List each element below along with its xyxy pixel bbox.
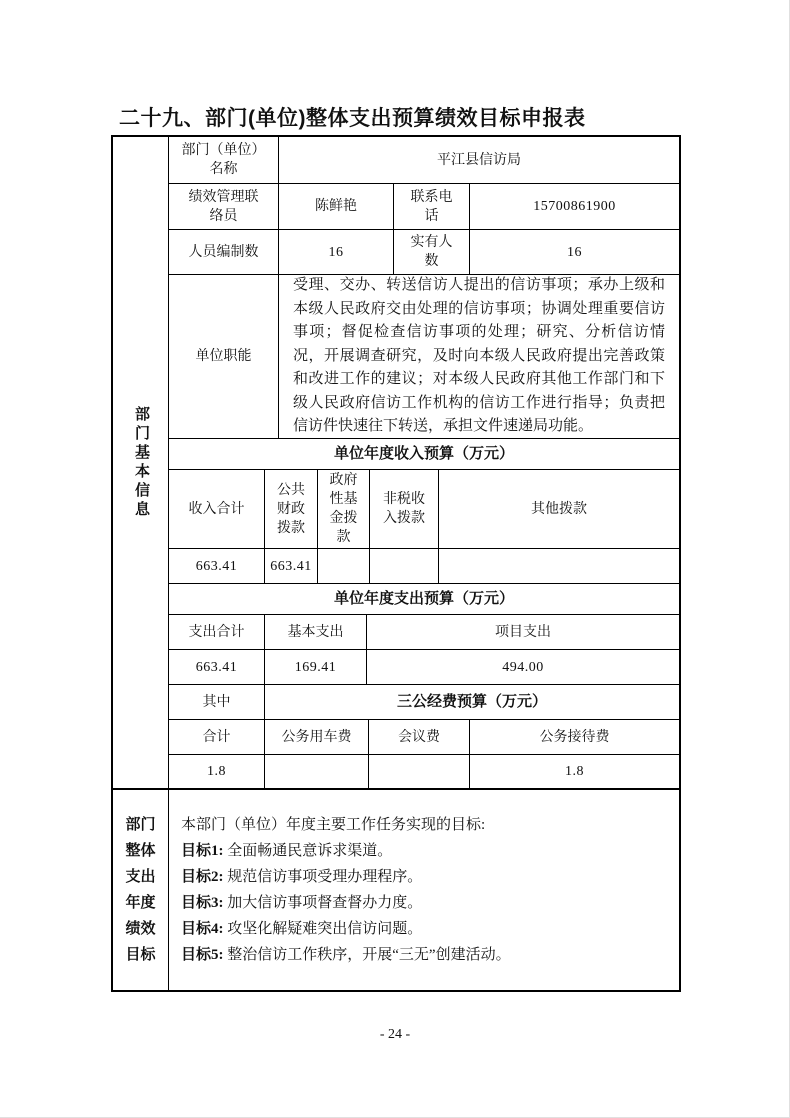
goal-1-label: 目标1: [181,843,224,859]
three-public-col-meeting: 会议费 [369,720,470,754]
goal-item-2: 目标2: 规范信访事项受理办理程序。 [181,864,669,890]
income-total-value: 663.41 [169,549,265,583]
row-income-values: 663.41 663.41 [169,549,679,584]
three-public-col-vehicle: 公务用车费 [265,720,369,754]
income-col-nontax: 非税收 入拨款 [370,470,439,548]
income-gov-fund-value [318,549,370,583]
goals-side-line: 目标 [125,942,155,968]
goals-side-line: 年度 [125,890,155,916]
goal-2-text: 规范信访事项受理办理程序。 [227,869,422,885]
income-col-gov-fund: 政府 性基 金拨 款 [318,470,370,548]
goal-item-3: 目标3: 加大信访事项督查督办力度。 [181,890,669,916]
goal-5-text: 整治信访工作秩序，开展“三无”创建活动。 [227,947,510,963]
income-col-other: 其他拨款 [439,470,679,548]
document-page: 二十九、部门(单位)整体支出预算绩效目标申报表 部门基本信息 部门（单位） 名称… [0,0,790,1118]
three-public-meeting-value [369,755,470,788]
three-public-vehicle-value [265,755,369,788]
goal-3-label: 目标3: [181,895,224,911]
row-staffing: 人员编制数 16 实有人 数 16 [169,230,679,275]
row-dept-name: 部门（单位） 名称 平江县信访局 [169,137,679,184]
three-public-col-reception: 公务接待费 [470,720,679,754]
expense-col-total: 支出合计 [169,615,265,649]
goal-3-text: 加大信访事项督查督办力度。 [227,895,422,911]
row-income-header: 单位年度收入预算（万元） [169,439,679,470]
function-text: 受理、交办、转送信访人提出的信访事项；承办上级和本级人民政府交由处理的信访事项；… [284,275,674,438]
goal-item-1: 目标1: 全面畅通民意诉求渠道。 [181,838,669,864]
basic-info-side-label: 部门基本信息 [133,406,148,520]
function-label: 单位职能 [169,275,279,438]
staffing-value: 16 [279,230,394,274]
three-public-reception-value: 1.8 [470,755,679,788]
goals-side-label: 部门 整体 支出 年度 绩效 目标 [125,812,155,968]
row-liaison: 绩效管理联 络员 陈鲜艳 联系电 话 15700861900 [169,184,679,230]
dept-name-label: 部门（单位） 名称 [169,137,279,183]
income-public-finance-value: 663.41 [265,549,318,583]
phone-label: 联系电 话 [394,184,470,229]
expense-header: 单位年度支出预算（万元） [169,584,679,614]
goals-side-line: 支出 [125,864,155,890]
income-nontax-value [370,549,439,583]
row-expense-header: 单位年度支出预算（万元） [169,584,679,615]
dept-name-value: 平江县信访局 [279,137,679,183]
goal-5-label: 目标5: [181,947,224,963]
expense-col-basic: 基本支出 [265,615,367,649]
three-public-col-total: 合计 [169,720,265,754]
section-annual-goals: 部门 整体 支出 年度 绩效 目标 本部门（单位）年度主要工作任务实现的目标: … [113,790,679,990]
expense-total-value: 663.41 [169,650,265,684]
three-public-header: 三公经费预算（万元） [265,685,679,719]
goals-side-line: 整体 [125,838,155,864]
row-income-columns: 收入合计 公共 财政 拨款 政府 性基 金拨 款 非税收 入拨款 其他拨款 [169,470,679,549]
expense-col-project: 项目支出 [367,615,679,649]
goals-content: 本部门（单位）年度主要工作任务实现的目标: 目标1: 全面畅通民意诉求渠道。 目… [169,790,679,990]
declaration-form-table: 部门基本信息 部门（单位） 名称 平江县信访局 绩效管理联 络员 陈鲜艳 联系电… [111,135,681,992]
goals-side-line: 部门 [125,812,155,838]
goal-2-label: 目标2: [181,869,224,885]
goal-1-text: 全面畅通民意诉求渠道。 [227,843,392,859]
income-other-value [439,549,679,583]
expense-project-value: 494.00 [367,650,679,684]
row-expense-columns: 支出合计 基本支出 项目支出 [169,615,679,650]
page-title: 二十九、部门(单位)整体支出预算绩效目标申报表 [119,102,586,132]
income-col-public-finance: 公共 财政 拨款 [265,470,318,548]
goal-item-5: 目标5: 整治信访工作秩序，开展“三无”创建活动。 [181,942,669,968]
section-basic-info: 部门基本信息 部门（单位） 名称 平江县信访局 绩效管理联 络员 陈鲜艳 联系电… [113,137,679,790]
goals-side-line: 绩效 [125,916,155,942]
basic-info-content: 部门（单位） 名称 平江县信访局 绩效管理联 络员 陈鲜艳 联系电 话 1570… [169,137,679,788]
goals-side-label-cell: 部门 整体 支出 年度 绩效 目标 [113,790,169,990]
row-expense-values: 663.41 169.41 494.00 [169,650,679,685]
page-number: - 24 - [0,1027,790,1043]
liaison-label: 绩效管理联 络员 [169,184,279,229]
basic-info-side-label-cell: 部门基本信息 [113,137,169,788]
actual-staff-value: 16 [470,230,679,274]
staffing-label: 人员编制数 [169,230,279,274]
goal-4-label: 目标4: [181,921,224,937]
row-function: 单位职能 受理、交办、转送信访人提出的信访事项；承办上级和本级人民政府交由处理的… [169,275,679,439]
goal-4-text: 攻坚化解疑难突出信访问题。 [227,921,422,937]
goals-intro: 本部门（单位）年度主要工作任务实现的目标: [181,812,669,838]
expense-basic-value: 169.41 [265,650,367,684]
goal-item-4: 目标4: 攻坚化解疑难突出信访问题。 [181,916,669,942]
row-three-public-values: 1.8 1.8 [169,755,679,788]
among-label: 其中 [169,685,265,719]
row-among: 其中 三公经费预算（万元） [169,685,679,720]
function-text-cell: 受理、交办、转送信访人提出的信访事项；承办上级和本级人民政府交由处理的信访事项；… [279,275,679,438]
phone-value: 15700861900 [470,184,679,229]
income-col-total: 收入合计 [169,470,265,548]
income-header: 单位年度收入预算（万元） [169,439,679,469]
actual-staff-label: 实有人 数 [394,230,470,274]
row-three-public-columns: 合计 公务用车费 会议费 公务接待费 [169,720,679,755]
three-public-total-value: 1.8 [169,755,265,788]
liaison-value: 陈鲜艳 [279,184,394,229]
